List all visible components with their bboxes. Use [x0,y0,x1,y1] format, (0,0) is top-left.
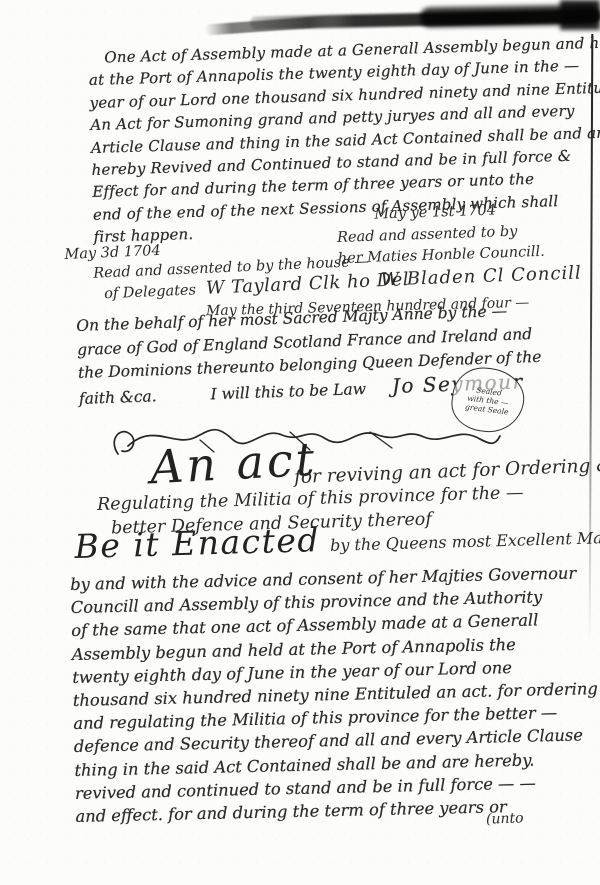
enacting-words-large: Be it Enacted [74,520,320,566]
manuscript-line: of Delegates [104,280,197,304]
act-title-large: An act [149,432,319,495]
catchword: (unto [486,810,524,827]
manuscript-page: One Act of Assembly made at a Generall A… [0,0,600,885]
manuscript-line: by the Queens most Excellent Majty [330,528,600,555]
manuscript-line: faith &ca. [79,385,158,411]
royal-assent-phrase: I will this to be Law [182,378,366,408]
enacting-body: by and with the advice and consent of he… [70,562,564,828]
corner-ink-blot [560,0,600,30]
